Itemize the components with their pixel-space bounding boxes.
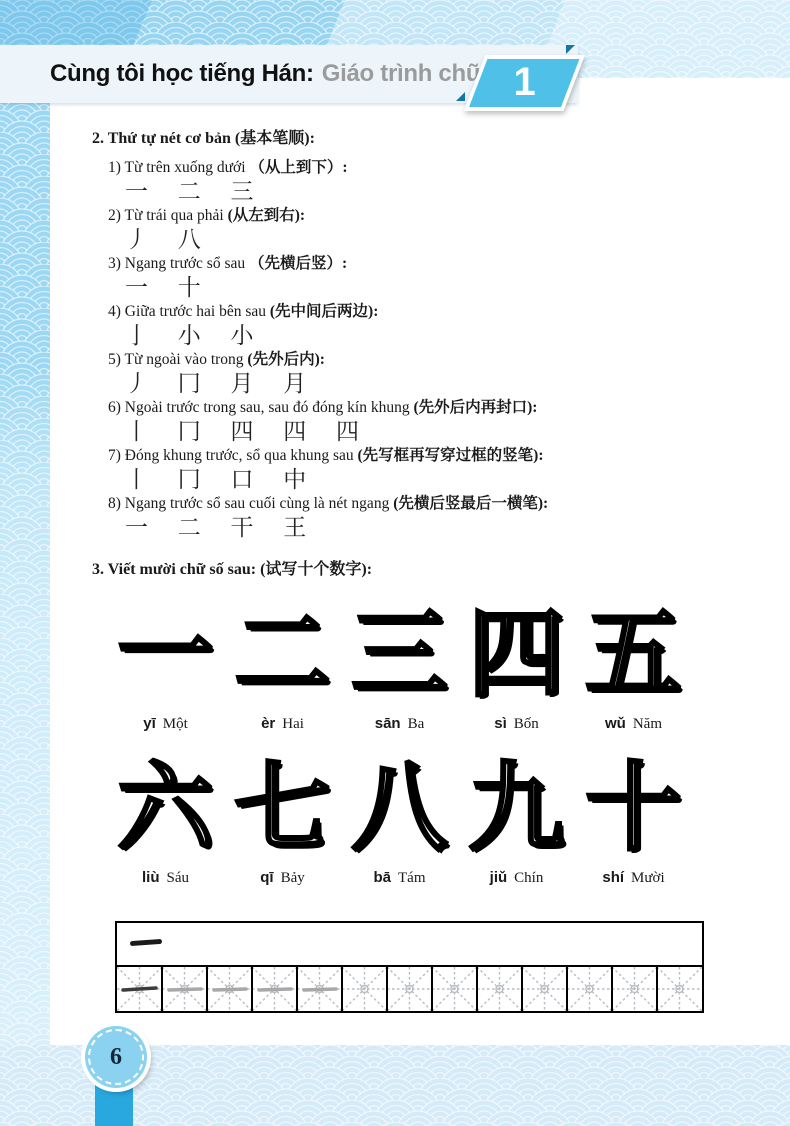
lesson-number-badge: 1 bbox=[464, 55, 585, 111]
big-character: 十 bbox=[586, 757, 682, 861]
big-character: 九 bbox=[469, 757, 565, 861]
stroke-rule-1: 1) Từ trên xuống dưới （从上到下）: 一 二 三 bbox=[108, 158, 754, 204]
big-character: 八 bbox=[352, 757, 448, 861]
big-character: 六 bbox=[118, 757, 214, 861]
page-number: 6 bbox=[110, 1044, 122, 1071]
stroke-rule-7: 7) Đóng khung trước, sổ qua khung sau (先… bbox=[108, 446, 754, 492]
stroke-example: 一 二 三 bbox=[125, 179, 754, 204]
stroke-example: 亅 小 小 bbox=[125, 323, 754, 348]
stroke-rule-4: 4) Giữa trước hai bên sau (先中间后两边): 亅 小 … bbox=[108, 302, 754, 348]
big-character: 七 bbox=[235, 757, 331, 861]
section-3-title-viet: 3. Viết mười chữ số sau: bbox=[92, 561, 256, 578]
stroke-example: 丨 冂 四 四 四 bbox=[125, 419, 754, 444]
stroke-rule-6: 6) Ngoài trước trong sau, sau đó đóng kí… bbox=[108, 398, 754, 444]
big-character: 二 bbox=[235, 603, 331, 707]
page-fold-icon bbox=[456, 92, 465, 101]
number-characters: 一 二 三 四 五 yīMột èrHai sānBa sìBốn wǔNăm … bbox=[107, 593, 692, 887]
traced-strokes bbox=[123, 988, 336, 990]
page-number-badge: 6 bbox=[85, 1026, 147, 1088]
big-character: 三 bbox=[352, 603, 448, 707]
stroke-rule-2: 2) Từ trái qua phải (从左到右): 丿 八 bbox=[108, 206, 754, 252]
practice-cells[interactable] bbox=[117, 967, 702, 1011]
stroke-rule-3: 3) Ngang trước sổ sau （先横后竖）: 一 十 bbox=[108, 254, 754, 300]
practice-sample-row bbox=[117, 923, 702, 967]
big-character: 四 bbox=[469, 603, 565, 707]
stroke-rule-5: 5) Từ ngoài vào trong (先外后内): 丿 冂 月 月 bbox=[108, 350, 754, 396]
page-fold-icon bbox=[566, 45, 575, 54]
stroke-example: 丨 冂 口 中 bbox=[125, 467, 754, 492]
section-2-title-chinese: (基本笔顺): bbox=[235, 130, 315, 147]
header-title-black: Cùng tôi học tiếng Hán: bbox=[50, 60, 314, 88]
sample-stroke-yi bbox=[130, 939, 162, 946]
worksheet-content: 2. Thứ tự nét cơ bản (基本笔顺): 1) Từ trên … bbox=[92, 125, 754, 1013]
worksheet-page: 2. Thứ tự nét cơ bản (基本笔顺): 1) Từ trên … bbox=[50, 78, 790, 1045]
section-3-title-chinese: (试写十个数字): bbox=[260, 561, 372, 578]
section-3-title: 3. Viết mười chữ số sau: (试写十个数字): bbox=[92, 556, 754, 579]
section-2-title: 2. Thứ tự nét cơ bản (基本笔顺): bbox=[92, 125, 754, 148]
number-label-row-2: liùSáu qīBảy bāTám jiǔChín shíMười bbox=[107, 869, 692, 887]
number-label-row-1: yīMột èrHai sānBa sìBốn wǔNăm bbox=[107, 715, 692, 733]
big-character: 一 bbox=[118, 603, 214, 707]
stroke-example: 一 二 干 王 bbox=[125, 515, 754, 540]
big-character: 五 bbox=[586, 603, 682, 707]
section-2-title-viet: 2. Thứ tự nét cơ bản bbox=[92, 130, 231, 147]
number-char-row-2: 六 七 八 九 十 bbox=[107, 747, 692, 861]
stroke-example: 一 十 bbox=[125, 275, 754, 300]
practice-grid[interactable] bbox=[115, 921, 704, 1013]
stroke-example: 丿 冂 月 月 bbox=[125, 371, 754, 396]
stroke-rule-8: 8) Ngang trước sổ sau cuối cùng là nét n… bbox=[108, 494, 754, 540]
textbook-page: 2. Thứ tự nét cơ bản (基本笔顺): 1) Từ trên … bbox=[0, 0, 790, 1126]
number-char-row-1: 一 二 三 四 五 bbox=[107, 593, 692, 707]
lesson-number: 1 bbox=[479, 59, 571, 105]
stroke-example: 丿 八 bbox=[125, 227, 754, 252]
